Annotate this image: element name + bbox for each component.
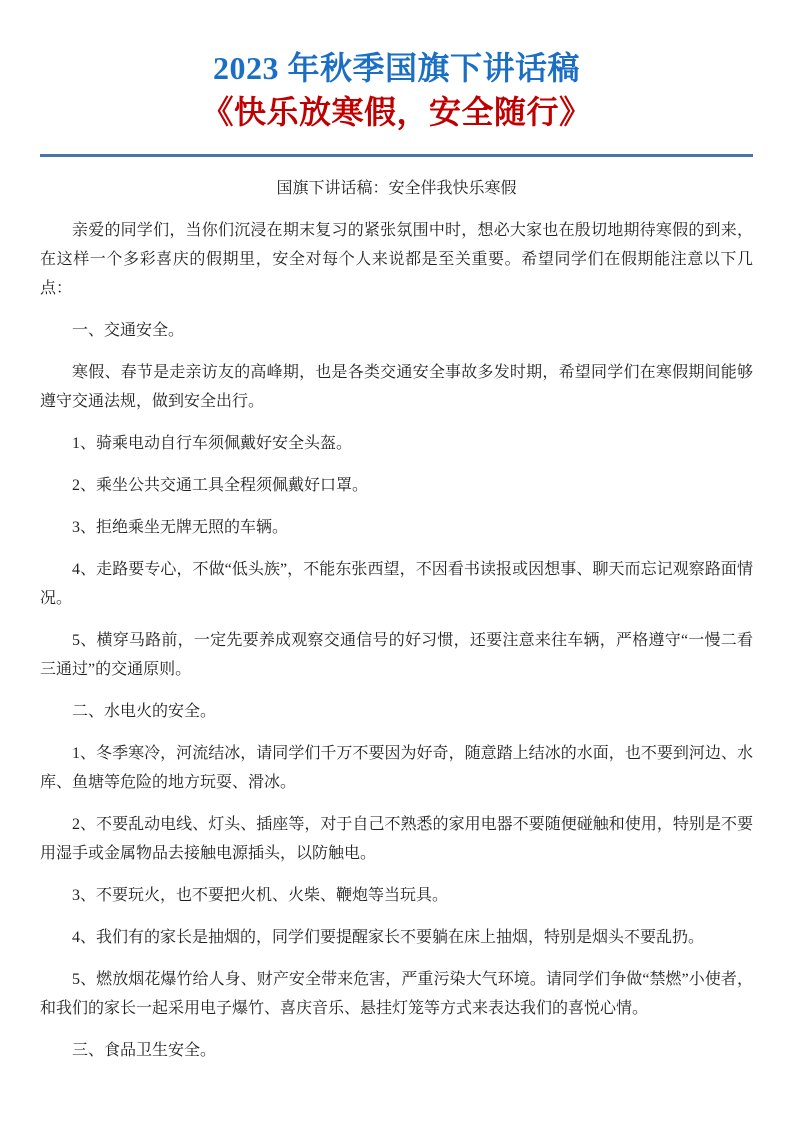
traffic-item-2: 2、乘坐公共交通工具全程须佩戴好口罩。 (40, 471, 753, 500)
document-title-line1: 2023 年秋季国旗下讲话稿 (40, 46, 753, 90)
traffic-item-3: 3、拒绝乘坐无牌无照的车辆。 (40, 513, 753, 542)
utilities-item-5: 5、燃放烟花爆竹给人身、财产安全带来危害，严重污染大气环境。请同学们争做“禁燃”… (40, 965, 753, 1023)
intro-paragraph: 亲爱的同学们，当你们沉浸在期末复习的紧张氛围中时，想必大家也在殷切地期待寒假的到… (40, 216, 753, 303)
utilities-item-3: 3、不要玩火，也不要把火机、火柴、鞭炮等当玩具。 (40, 881, 753, 910)
document-page: 2023 年秋季国旗下讲话稿 《快乐放寒假，安全随行》 国旗下讲话稿：安全伴我快… (0, 0, 793, 1122)
utilities-item-4: 4、我们有的家长是抽烟的，同学们要提醒家长不要躺在床上抽烟，特别是烟头不要乱扔。 (40, 923, 753, 952)
title-divider (40, 154, 753, 157)
section-heading-food-safety: 三、食品卫生安全。 (40, 1036, 753, 1065)
utilities-item-2: 2、不要乱动电线、灯头、插座等，对于自己不熟悉的家用电器不要随便碰触和使用，特别… (40, 810, 753, 868)
traffic-item-5: 5、横穿马路前，一定先要养成观察交通信号的好习惯，还要注意来往车辆，严格遵守“一… (40, 626, 753, 684)
section-heading-utilities: 二、水电火的安全。 (40, 697, 753, 726)
traffic-item-1: 1、骑乘电动自行车须佩戴好安全头盔。 (40, 429, 753, 458)
traffic-intro-paragraph: 寒假、春节是走亲访友的高峰期，也是各类交通安全事故多发时期，希望同学们在寒假期间… (40, 358, 753, 416)
traffic-item-4: 4、走路要专心，不做“低头族”，不能东张西望，不因看书读报或因想事、聊天而忘记观… (40, 555, 753, 613)
section-heading-traffic: 一、交通安全。 (40, 316, 753, 345)
document-subtitle: 国旗下讲话稿：安全伴我快乐寒假 (40, 174, 753, 203)
utilities-item-1: 1、冬季寒冷，河流结冰，请同学们千万不要因为好奇，随意踏上结冰的水面，也不要到河… (40, 739, 753, 797)
document-title-line2: 《快乐放寒假，安全随行》 (40, 90, 753, 134)
